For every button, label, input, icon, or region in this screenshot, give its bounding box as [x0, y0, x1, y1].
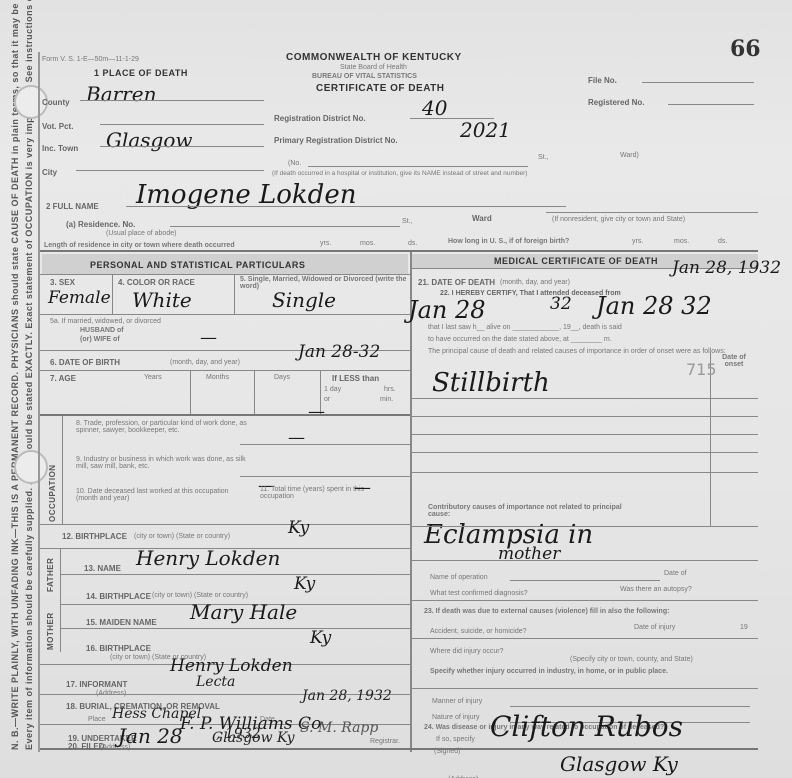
- date-worked-label: 10. Date deceased last worked at this oc…: [76, 488, 246, 502]
- mother-side-label: MOTHER: [46, 612, 55, 650]
- contributory-label: Contributory causes of importance not re…: [428, 504, 628, 518]
- industry-label: 9. Industry or business in which work wa…: [76, 456, 256, 470]
- address-value: Glasgow Ky: [560, 752, 678, 776]
- foreign-ds-label: ds.: [718, 238, 727, 245]
- length-mos-label: mos.: [360, 240, 375, 247]
- days-label: Days: [274, 374, 290, 381]
- registrar-label: Registrar.: [370, 738, 400, 745]
- specify-injury-label: Specify whether injury occurred in indus…: [430, 668, 750, 675]
- less-than-label: If LESS than: [332, 374, 379, 383]
- hrs-label: hrs.: [384, 386, 396, 393]
- form-number: Form V. S. 1-E—50m—11-1-29: [42, 56, 139, 63]
- signed-label: (Signed): [434, 748, 460, 755]
- inc-town-label: Inc. Town: [42, 144, 78, 153]
- file-no-label: File No.: [588, 76, 617, 85]
- age-label: 7. AGE: [50, 374, 76, 383]
- injury-year-label: 19: [740, 624, 748, 631]
- autopsy-label: Was there an autopsy?: [620, 586, 692, 593]
- father-name-value: Henry Lokden: [136, 546, 280, 570]
- board-title: State Board of Health: [340, 64, 407, 71]
- father-birthplace-sub: (city or town) (State or country): [152, 592, 248, 599]
- where-injury-sub: (Specify city or town, county, and State…: [570, 656, 693, 663]
- cause-code: 715: [686, 360, 717, 379]
- registrar-signature: S. M. Rapp: [300, 720, 378, 736]
- accident-label: Accident, suicide, or homicide?: [430, 628, 527, 635]
- informant-address: Lecta: [196, 674, 235, 690]
- date-of-label: Date of: [664, 570, 687, 577]
- personal-section-heading: PERSONAL AND STATISTICAL PARTICULARS: [90, 260, 305, 270]
- birthplace-label: 12. BIRTHPLACE: [62, 532, 127, 541]
- where-injury-label: Where did injury occur?: [430, 648, 504, 655]
- primary-registration-label: Primary Registration District No.: [274, 136, 398, 145]
- date-of-death-sub: (month, day, and year): [500, 279, 570, 286]
- spouse-value: —: [200, 328, 217, 348]
- full-name-label: 2 FULL NAME: [46, 202, 99, 211]
- signed-value: Clifton Rubos: [490, 710, 683, 743]
- registration-district-label: Registration District No.: [274, 114, 366, 123]
- attended-from-value: Jan 28: [408, 296, 486, 324]
- principal-cause-label: The principal cause of death and related…: [428, 348, 748, 355]
- mother-birthplace-value: Ky: [310, 628, 331, 648]
- burial-date-value: Jan 28, 1932: [302, 688, 392, 704]
- manner-of-injury-label: Manner of injury: [432, 698, 482, 705]
- dob-sub-label: (month, day, and year): [170, 359, 240, 366]
- mother-maiden-label: 15. MAIDEN NAME: [86, 618, 157, 627]
- residence-ward-label: Ward: [472, 214, 492, 223]
- bureau-title: BUREAU OF VITAL STATISTICS: [312, 73, 417, 80]
- foreign-mos-label: mos.: [674, 238, 689, 245]
- dob-value: Jan 28-32: [298, 342, 380, 362]
- one-day-label: 1 day: [324, 386, 341, 393]
- months-label: Months: [206, 374, 229, 381]
- marital-value: Single: [272, 288, 336, 312]
- attended-to-value: Jan 28 32: [596, 292, 712, 320]
- trade-label: 8. Trade, profession, or particular kind…: [76, 420, 256, 434]
- hospital-note: (If death occurred in a hospital or inst…: [272, 170, 527, 177]
- last-saw-label: that I last saw h__ alive on ___________…: [428, 324, 622, 331]
- length-yrs-label: yrs.: [320, 240, 331, 247]
- certificate-form: Form V. S. 1-E—50m—11-1-29 COMMONWEALTH …: [38, 52, 756, 752]
- years-label: Years: [144, 374, 162, 381]
- inc-town-value: Glasgow: [106, 128, 193, 152]
- date-of-death-value: Jan 28, 1932: [672, 258, 781, 278]
- date-of-onset-label: Date of onset: [714, 354, 754, 368]
- father-side-label: FATHER: [46, 558, 55, 592]
- sex-label: 3. SEX: [50, 278, 75, 287]
- spouse-label-3: (or) WIFE of: [80, 336, 120, 343]
- attended-from-year: 32: [550, 294, 572, 314]
- page-number: 66: [730, 36, 761, 62]
- father-birthplace-value: Ky: [294, 574, 315, 594]
- injury-date-label: Date of injury: [634, 624, 675, 631]
- filed-label: 20. FILED: [68, 742, 104, 751]
- death-certificate-scan: N. B.—WRITE PLAINLY, WITH UNFADING INK—T…: [0, 0, 792, 778]
- race-label: 4. COLOR OR RACE: [118, 278, 195, 287]
- city-label: City: [42, 168, 57, 177]
- foreign-birth-label: How long in U. S., if of foreign birth?: [448, 238, 569, 245]
- occupation-side-label: OCCUPATION: [48, 464, 57, 522]
- dob-label: 6. DATE OF BIRTH: [50, 358, 120, 367]
- residence-label: (a) Residence. No.: [66, 220, 135, 229]
- mother-birthplace-label: 16. BIRTHPLACE: [86, 644, 151, 653]
- test-label: What test confirmed diagnosis?: [430, 590, 528, 597]
- sex-value: Female: [48, 288, 111, 308]
- address-no-label: (No.: [288, 160, 301, 167]
- county-value: Barren: [86, 82, 156, 106]
- contributory-value-2: mother: [498, 544, 560, 564]
- industry-value-mark: —: [288, 428, 305, 448]
- birthplace-value: Ky: [288, 518, 309, 538]
- filed-year: , 1932: [216, 726, 261, 742]
- certificate-title: CERTIFICATE OF DEATH: [316, 83, 445, 94]
- father-birthplace-label: 14. BIRTHPLACE: [86, 592, 151, 601]
- informant-label: 17. INFORMANT: [66, 680, 127, 689]
- race-value: White: [132, 288, 192, 312]
- state-title: COMMONWEALTH OF KENTUCKY: [286, 52, 462, 63]
- place-of-death-heading: 1 PLACE OF DEATH: [94, 68, 188, 78]
- vot-pct-label: Vot. Pct.: [42, 122, 73, 131]
- father-name-label: 13. NAME: [84, 564, 121, 573]
- filed-value: Jan 28: [118, 724, 183, 748]
- informant-value: Henry Lokden: [170, 656, 293, 676]
- trade-value: —: [308, 402, 325, 422]
- foreign-yrs-label: yrs.: [632, 238, 643, 245]
- if-so-label: If so, specify: [436, 736, 475, 743]
- registration-district-value: 40: [422, 96, 447, 120]
- nature-of-injury-label: Nature of injury: [432, 714, 479, 721]
- length-of-residence-label: Length of residence in city or town wher…: [44, 242, 235, 249]
- principal-cause-value: Stillbirth: [432, 368, 550, 398]
- address-st-label: St.,: [538, 154, 549, 161]
- residence-st-label: St.,: [402, 218, 413, 225]
- address-ward-label: Ward): [620, 152, 639, 159]
- nonresident-note: (If nonresident, give city or town and S…: [552, 216, 685, 223]
- residence-sub-label: (Usual place of abode): [106, 230, 176, 237]
- birthplace-sub-label: (city or town) (State or country): [134, 533, 230, 540]
- burial-place-label: Place: [88, 716, 106, 723]
- operation-label: Name of operation: [430, 574, 488, 581]
- min-label: min.: [380, 396, 393, 403]
- length-ds-label: ds.: [408, 240, 417, 247]
- primary-registration-value: 2021: [460, 118, 511, 142]
- external-causes-label: 23. If death was due to external causes …: [424, 608, 669, 615]
- spouse-label-2: HUSBAND of: [80, 327, 124, 334]
- spouse-label-1: 5a. If married, widowed, or divorced: [50, 318, 161, 325]
- county-label: County: [42, 98, 70, 107]
- medical-section-heading: MEDICAL CERTIFICATE OF DEATH: [494, 256, 658, 266]
- total-time-value: —: [354, 478, 371, 498]
- registered-no-label: Registered No.: [588, 98, 644, 107]
- date-of-death-label: 21. DATE OF DEATH: [418, 278, 495, 287]
- occurred-label: to have occurred on the date stated abov…: [428, 336, 612, 343]
- mother-maiden-value: Mary Hale: [190, 600, 297, 624]
